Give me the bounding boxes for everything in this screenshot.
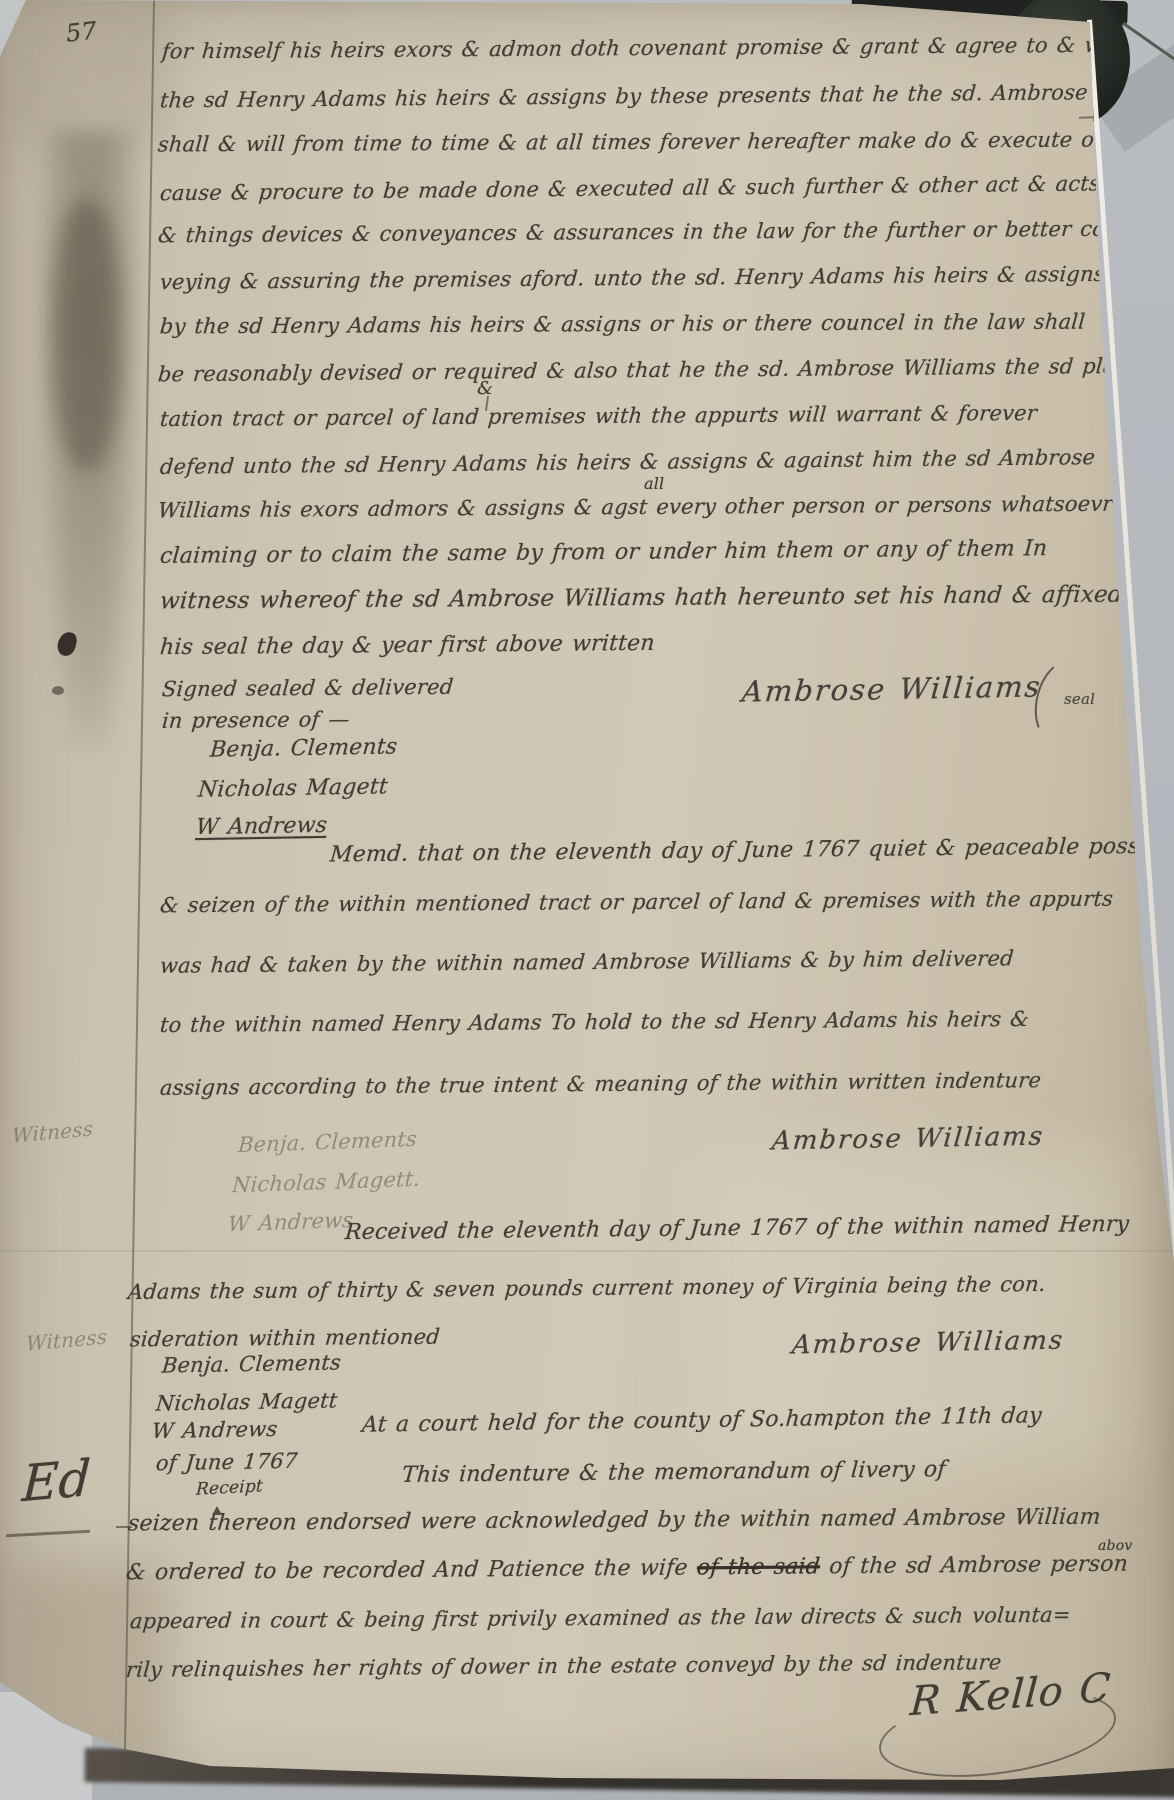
margin-witness-label: Witness [12, 1116, 93, 1147]
court-line-examined: appeared in court & being first privily … [129, 1603, 1072, 1634]
interlinear-insert-ampersand: & [477, 378, 493, 399]
witness-name: Nicholas Magett [155, 1388, 339, 1415]
court-line-indenture: This indenture & the memorandum of liver… [401, 1457, 947, 1488]
attestation-presence-line: in presence of — [161, 707, 351, 733]
attestation-signed-line: Signed sealed & delivered [161, 675, 454, 702]
livery-signature: Ambrose Williams [771, 1122, 1046, 1157]
witness-name: Benja. Clements [209, 734, 399, 762]
margin-witness-label: Witness [26, 1324, 107, 1355]
interlinear-insert-receipt: Receipt [196, 1476, 264, 1500]
court-line-seizen: seizen thereon endorsed were acknowledge… [127, 1505, 1102, 1537]
deed-line: claiming or to claim the same by from or… [159, 536, 1048, 569]
witness-name-faint: Benja. Clements [237, 1127, 418, 1157]
memorandum-line: Memd. that on the eleventh day of June 1… [329, 833, 1174, 867]
ordered-text-a: & ordered to be recorded And Patience th… [125, 1555, 698, 1585]
deed-line: for himself his heirs exors & admon doth… [161, 33, 1133, 64]
witness-date-note: of June 1767 [155, 1449, 299, 1476]
paper-crease [0, 1250, 1174, 1252]
court-line-ordered: & ordered to be recorded And Patience th… [125, 1552, 1129, 1586]
witness-name: W Andrews [151, 1417, 279, 1443]
deed-line: cause & procure to be made done & execut… [159, 171, 1166, 206]
monogram-dash [116, 1526, 132, 1528]
witness-name-faint: W Andrews [227, 1208, 354, 1236]
deed-line: tation tract or parcel of land premises … [159, 401, 1038, 431]
deed-line: & things devices & conveyances & assuran… [157, 217, 1120, 248]
receipt-line: sideration within mentioned [129, 1325, 441, 1352]
monogram-underline [6, 1530, 90, 1537]
ordered-text-b: of the sd Ambrose person [819, 1552, 1129, 1580]
deed-line: defend unto the sd Henry Adams his heirs… [159, 445, 1096, 479]
superscript-abov: abov [1098, 1538, 1132, 1554]
deed-line: be reasonably devised or required & also… [157, 354, 1148, 387]
grantor-signature: Ambrose Williams [741, 669, 1044, 708]
margin-smudge-core [52, 200, 122, 470]
deed-line: witness whereof the sd Ambrose Williams … [159, 582, 1124, 615]
struck-out-words: of the said [696, 1554, 821, 1580]
seal-label: seal [1064, 690, 1095, 708]
deed-line: by the sd Henry Adams his heirs & assign… [159, 310, 1086, 339]
witness-name: Benja. Clements [161, 1350, 342, 1377]
margin-monogram: Ed [21, 1449, 93, 1513]
page-number: 57 [65, 16, 99, 47]
witness-name: Nicholas Magett [197, 774, 389, 802]
memorandum-line: to the within named Henry Adams To hold … [159, 1007, 1030, 1037]
memorandum-line: & seizen of the within mentioned tract o… [159, 887, 1114, 918]
interlinear-insert-all: all [644, 474, 664, 493]
receipt-signature: Ambrose Williams [791, 1326, 1066, 1361]
court-line-relinquish: rily relinquishes her rights of dower in… [125, 1650, 1002, 1682]
deed-line: his seal the day & year first above writ… [159, 631, 656, 660]
deed-line: Williams his exors admors & assigns & ag… [157, 492, 1114, 523]
witness-name: W Andrews [195, 813, 328, 840]
witness-name-faint: Nicholas Magett. [231, 1167, 421, 1198]
deed-line: the sd Henry Adams his heirs & assigns b… [159, 80, 1171, 113]
photo-of-manuscript-page: 57 for himself his heirs exors & admon d… [0, 0, 1174, 1800]
memorandum-line: was had & taken by the within named Ambr… [159, 946, 1015, 977]
ink-speck [52, 686, 64, 695]
deed-line: shall & will from time to time & at all … [157, 128, 1105, 157]
manuscript-page: 57 for himself his heirs exors & admon d… [0, 0, 1174, 1800]
deed-line: veying & assuring the premises aford. un… [159, 262, 1106, 294]
memorandum-line: assigns according to the true intent & m… [159, 1068, 1042, 1100]
